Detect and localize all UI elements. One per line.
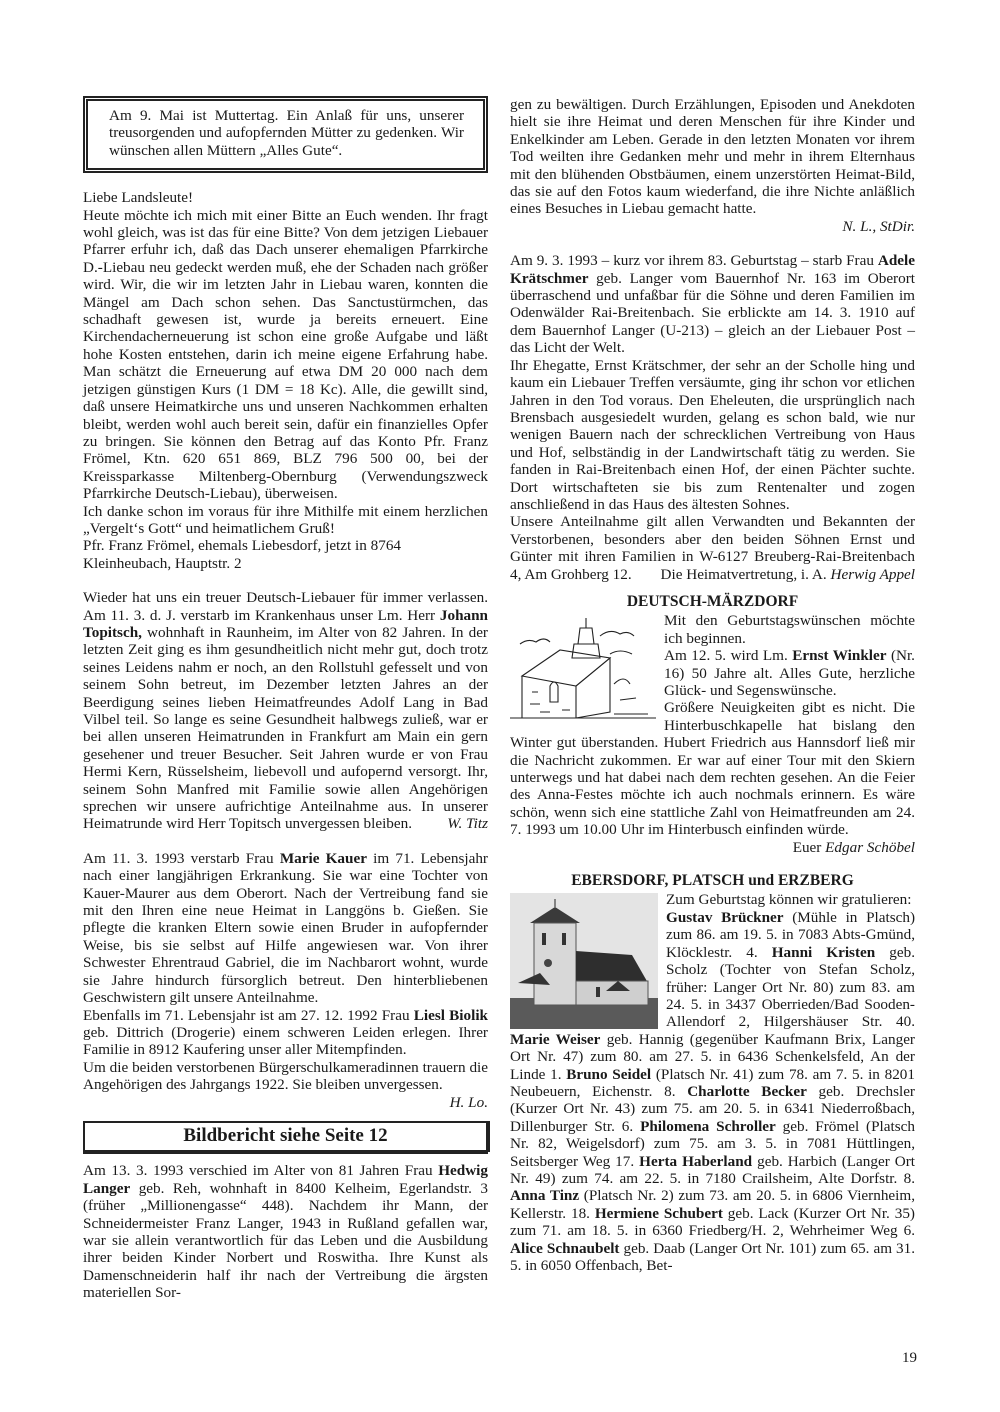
- photo-report-headline: Bildbericht siehe Seite 12: [83, 1121, 488, 1152]
- obituary-langer-continued: gen zu bewältigen. Durch Erzählungen, Ep…: [510, 96, 915, 218]
- person-name: Charlotte Becker: [687, 1083, 807, 1100]
- author-signature: N. L., StDir.: [510, 218, 915, 235]
- person-name: Anna Tinz: [510, 1187, 579, 1204]
- deceased-name: Liesl Biolik: [414, 1007, 488, 1024]
- obituary-body: geb. Dittrich (Drogerie) einem schweren …: [83, 1024, 488, 1058]
- obituary-langer: Am 13. 3. 1993 verschied im Alter von 81…: [83, 1162, 488, 1301]
- person-name: Marie Weiser: [510, 1031, 600, 1048]
- mothers-day-notice: Am 9. Mai ist Muttertag. Ein Anlaß für u…: [109, 107, 464, 159]
- person-name: Hanni Kristen: [772, 944, 876, 961]
- obituary-intro: Ebenfalls im 71. Lebensjahr ist am 27. 1…: [83, 1007, 414, 1024]
- birthday-intro: Am 12. 5. wird Lm.: [664, 647, 792, 664]
- church-photo-image: [510, 893, 658, 1029]
- letter-greeting: Liebe Landsleute!: [83, 189, 488, 206]
- person-name: Philomena Schroller: [640, 1118, 776, 1135]
- obituary-intro: Am 9. 3. 1993 – kurz vor ihrem 83. Gebur…: [510, 252, 878, 269]
- section-title: EBERSDORF, PLATSCH und ERZBERG: [510, 872, 915, 889]
- obituary-paragraph: Ihr Ehegatte, Ernst Krätschmer, der sehr…: [510, 357, 915, 514]
- person-name: Alice Schnaubelt: [510, 1240, 619, 1257]
- page-number: 19: [902, 1350, 917, 1367]
- obituary-intro: Wieder hat uns ein treuer Deutsch-Liebau…: [83, 589, 488, 623]
- person-name: Bruno Seidel: [566, 1066, 651, 1083]
- obituary-intro: Am 11. 3. 1993 verstarb Frau: [83, 850, 280, 867]
- obituary-body: geb. Reh, wohnhaft in 8400 Kelheim, Eger…: [83, 1180, 488, 1301]
- author-signature: W. Titz: [447, 815, 488, 832]
- obituary-body: wohnhaft in Raunheim, im Alter von 82 Ja…: [83, 624, 488, 832]
- author-signature: Edgar Schöbel: [825, 839, 915, 856]
- letter-body: Heute möchte ich mich mit einer Bitte an…: [83, 207, 488, 503]
- letter-signature: Pfr. Franz Frömel, ehemals Liebesdorf, j…: [83, 537, 488, 572]
- deceased-name: Marie Kauer: [280, 850, 367, 867]
- obituary-body: im 71. Lebensjahr nach einer langjährige…: [83, 850, 488, 1006]
- obituary-intro: Am 13. 3. 1993 verschied im Alter von 81…: [83, 1162, 438, 1179]
- obituary-closing: Um die beiden verstorbenen Bürgerschulka…: [83, 1059, 488, 1094]
- section-deutsch-maerzdorf: DEUTSCH-MÄRZDORF: [510, 593, 915, 839]
- person-name: Ernst Winkler: [792, 647, 886, 664]
- signature-prefix: Euer: [793, 839, 825, 856]
- mothers-day-notice-box: Am 9. Mai ist Muttertag. Ein Anlaß für u…: [83, 96, 488, 173]
- author-signature: H. Lo.: [83, 1094, 488, 1111]
- left-column: Am 9. Mai ist Muttertag. Ein Anlaß für u…: [83, 96, 488, 1302]
- section-title: DEUTSCH-MÄRZDORF: [510, 593, 915, 610]
- person-name: Hermiene Schubert: [595, 1205, 723, 1222]
- person-name: Herta Haberland: [639, 1153, 752, 1170]
- person-name: Gustav Brückner: [666, 909, 784, 926]
- obituary-kauer: Am 11. 3. 1993 verstarb Frau Marie Kauer…: [83, 850, 488, 1111]
- church-roof-letter: Liebe Landsleute! Heute möchte ich mich …: [83, 189, 488, 572]
- letter-thanks: Ich danke schon im voraus für ihre Mithi…: [83, 503, 488, 538]
- author-signature: Herwig Appel: [830, 566, 915, 583]
- obituary-kraetschmer: Am 9. 3. 1993 – kurz vor ihrem 83. Gebur…: [510, 252, 915, 583]
- right-column: gen zu bewältigen. Durch Erzählungen, Ep…: [510, 96, 915, 1274]
- chapel-sketch-image: [510, 614, 656, 726]
- section-ebersdorf: EBERSDORF, PLATSCH und ERZBERG Zum Gebur…: [510, 872, 915, 1274]
- obituary-topitsch: Wieder hat uns ein treuer Deutsch-Liebau…: [83, 589, 488, 833]
- signature-prefix: Die Heimatvertretung, i. A.: [661, 566, 831, 583]
